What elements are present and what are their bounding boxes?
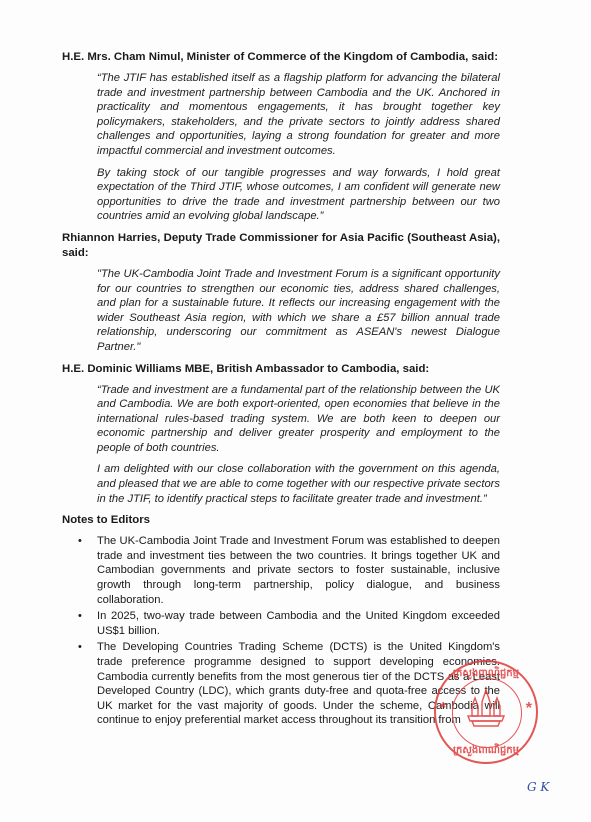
quote-section-minister: H.E. Mrs. Cham Nimul, Minister of Commer… [62, 50, 500, 224]
quote-paragraph: "The UK-Cambodia Joint Trade and Investm… [97, 267, 500, 355]
seal-text-top: ក្រសួងពាណិជ្ជកម្ម [436, 666, 536, 681]
seal-text-bottom: ក្រសួងពាណិជ្ជកម្ម [436, 743, 536, 758]
note-item: The UK-Cambodia Joint Trade and Investme… [97, 534, 500, 607]
speaker-heading: Rhiannon Harries, Deputy Trade Commissio… [62, 231, 500, 261]
document-page: H.E. Mrs. Cham Nimul, Minister of Commer… [62, 50, 500, 730]
note-item: In 2025, two-way trade between Cambodia … [97, 609, 500, 638]
quote-block: "The UK-Cambodia Joint Trade and Investm… [97, 267, 500, 355]
star-icon: * [440, 700, 446, 718]
handwritten-initials: G K [527, 780, 549, 794]
quote-section-ambassador: H.E. Dominic Williams MBE, British Ambas… [62, 362, 500, 507]
speaker-heading: H.E. Dominic Williams MBE, British Ambas… [62, 362, 500, 377]
notes-title: Notes to Editors [62, 513, 500, 528]
quote-paragraph: “The JTIF has established itself as a fl… [97, 71, 500, 159]
star-icon: * [526, 700, 532, 718]
notes-to-editors: Notes to Editors The UK-Cambodia Joint T… [62, 513, 500, 728]
quote-paragraph: I am delighted with our close collaborat… [97, 462, 500, 506]
quote-block: “The JTIF has established itself as a fl… [97, 71, 500, 224]
quote-block: “Trade and investment are a fundamental … [97, 383, 500, 507]
quote-paragraph: “Trade and investment are a fundamental … [97, 383, 500, 456]
speaker-heading: H.E. Mrs. Cham Nimul, Minister of Commer… [62, 50, 500, 65]
official-seal-stamp: * * ក្រសួងពាណិជ្ជកម្ម ក្រសួងពាណិជ្ជកម្ម [434, 660, 538, 764]
notes-list: The UK-Cambodia Joint Trade and Investme… [62, 534, 500, 728]
quote-section-trade-commissioner: Rhiannon Harries, Deputy Trade Commissio… [62, 231, 500, 355]
quote-paragraph: By taking stock of our tangible progress… [97, 166, 500, 224]
angkor-temple-icon [464, 686, 508, 730]
